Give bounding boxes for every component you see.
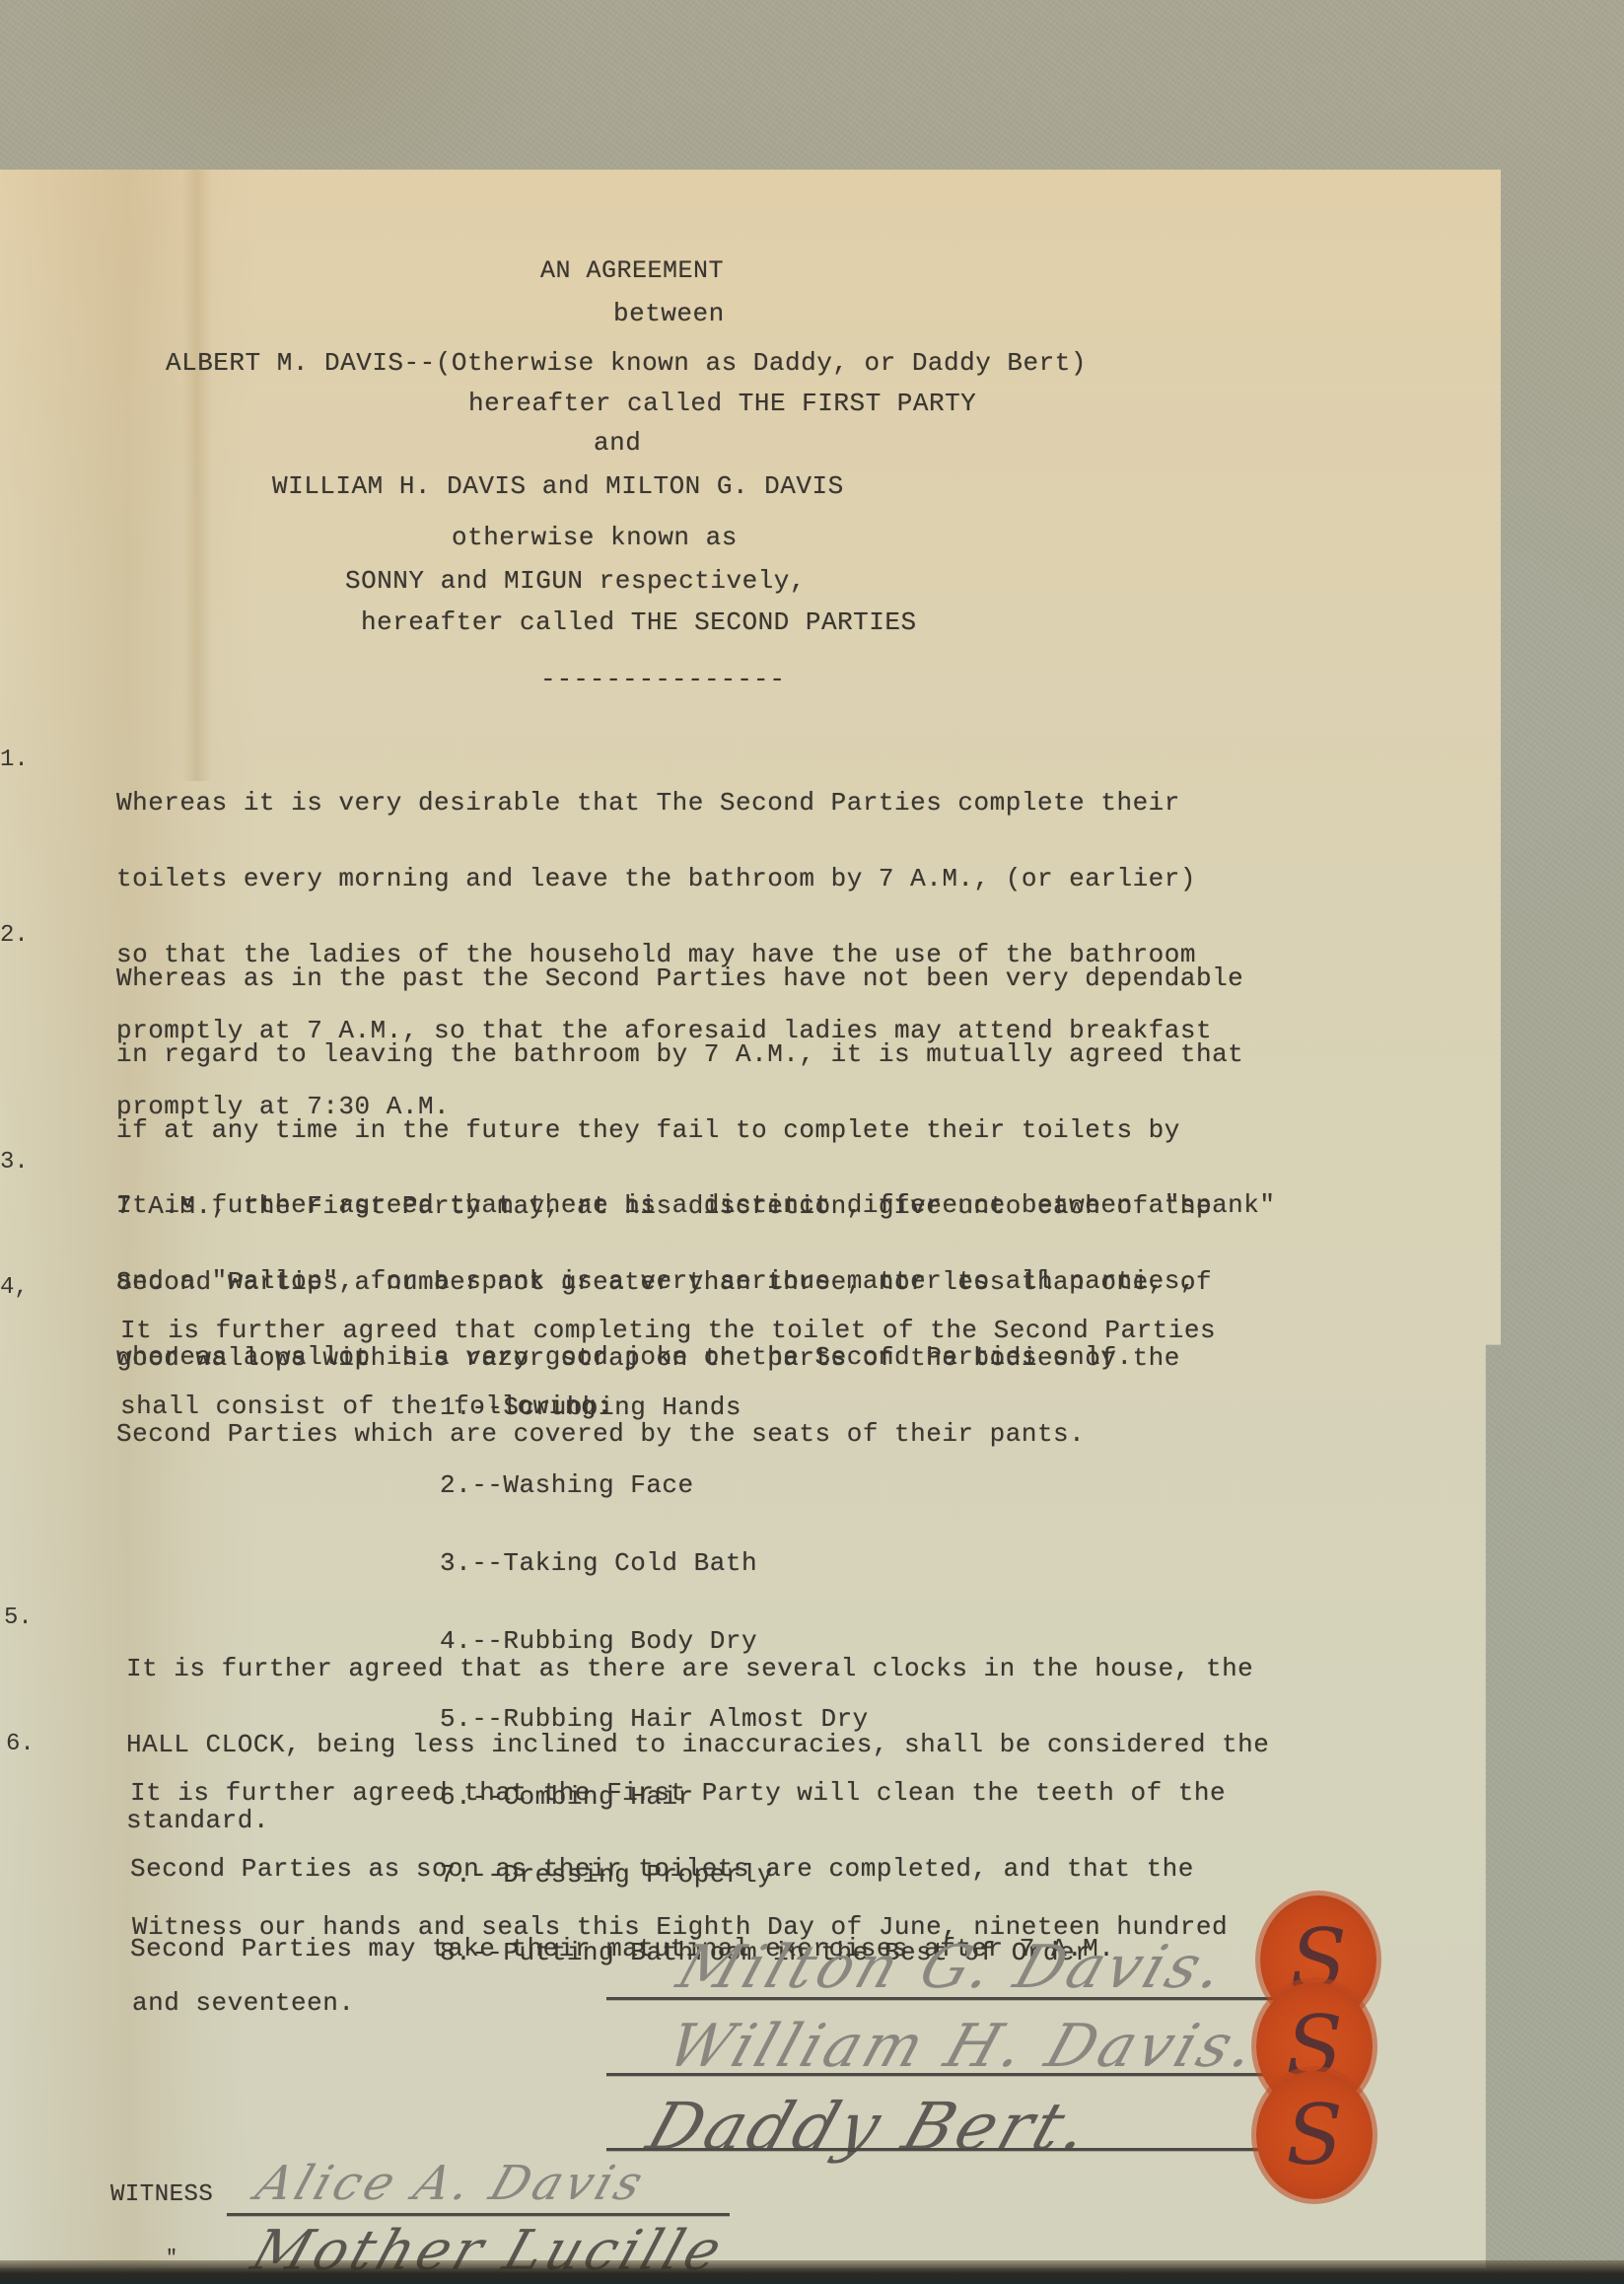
witness-signature-line <box>227 2213 730 2216</box>
clause-number: 6. <box>6 1731 35 1757</box>
second-parties-nicknames: SONNY and MIGUN respectively, <box>345 568 806 594</box>
signature-line <box>606 2073 1366 2076</box>
list-item: 2.--Washing Face <box>440 1472 1091 1499</box>
second-parties-names: WILLIAM H. DAVIS and MILTON G. DAVIS <box>272 473 844 499</box>
witness-label: WITNESS <box>110 2182 213 2208</box>
heading-between: between <box>613 301 725 326</box>
first-party-designation: hereafter called THE FIRST PARTY <box>468 391 976 416</box>
clause-line: It is further agreed that the First Part… <box>130 1781 1226 1806</box>
clause-line: It is further agreed that completing the… <box>120 1319 1216 1343</box>
heading-separator: --------------- <box>540 667 786 692</box>
heading-and: and <box>594 430 641 456</box>
list-item: 3.--Taking Cold Bath <box>440 1550 1091 1577</box>
clause-number: 5. <box>4 1605 33 1631</box>
clause-line: in regard to leaving the bathroom by 7 A… <box>116 1042 1243 1067</box>
first-party-name: ALBERT M. DAVIS--(Otherwise known as Dad… <box>166 350 1087 376</box>
document-title: AN AGREEMENT <box>540 258 724 284</box>
clause-number: 4, <box>0 1274 29 1301</box>
witness-signature: Alice A. Davis <box>249 2156 653 2211</box>
clause-number: 1. <box>0 747 29 773</box>
list-item: 1.--Scrubbing Hands <box>440 1394 1091 1421</box>
signature-william: William H. Davis. <box>660 2012 1268 2081</box>
heading-otherwise-known: otherwise known as <box>452 525 738 550</box>
clause-line: toilets every morning and leave the bath… <box>116 867 1212 892</box>
signature-line <box>606 1997 1277 2000</box>
signature-milton: Milton G. Davis. <box>670 1933 1236 2002</box>
wax-seal: S <box>1256 2071 1373 2199</box>
clause-line: Whereas as in the past the Second Partie… <box>116 966 1243 991</box>
seal-monogram-icon: S <box>1286 2094 1343 2177</box>
clause-number: 3. <box>0 1149 29 1176</box>
clause-line: It is further agreed that as there are s… <box>126 1657 1269 1681</box>
second-parties-designation: hereafter called THE SECOND PARTIES <box>361 609 917 635</box>
signature-daddy-bert: Daddy Bert. <box>638 2089 1102 2165</box>
signature-line <box>606 2148 1277 2151</box>
clause-line: Whereas it is very desirable that The Se… <box>116 791 1212 816</box>
scan-edge-shadow <box>0 2260 1624 2284</box>
clause-number: 2. <box>0 922 29 949</box>
clause-line: if at any time in the future they fail t… <box>116 1118 1243 1143</box>
clause-line: It is further agreed that there is a dis… <box>116 1193 1276 1218</box>
paper-fold-stain <box>182 170 212 781</box>
